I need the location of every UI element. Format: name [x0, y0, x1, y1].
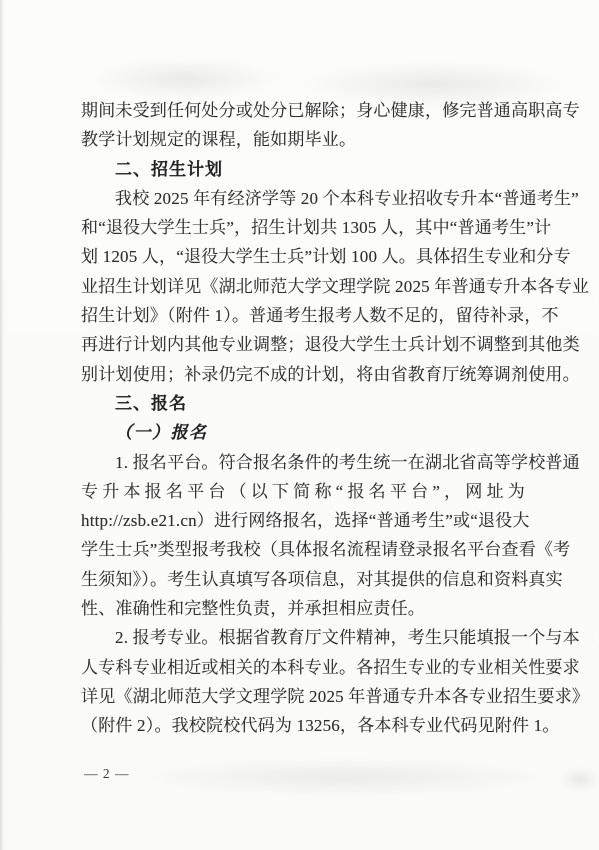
text-line: 详见《湖北师范大学文理学院 2025 年普通专升本各专业招生要求》 [81, 682, 525, 711]
page-number: — 2 — [84, 766, 130, 782]
text-line: 2. 报考专业。根据省教育厅文件精神，考生只能填报一个与本 [81, 623, 525, 652]
text-line: 期间未受到任何处分或处分已解除；身心健康，修完普通高职高专 [81, 96, 525, 125]
scanner-edge-shadow [0, 0, 4, 850]
text-line: 招生计划》（附件 1）。普通考生报考人数不足的，留待补录，不 [81, 301, 525, 330]
scan-artifact [90, 58, 280, 100]
document-page: 期间未受到任何处分或处分已解除；身心健康，修完普通高职高专 教学计划规定的课程，… [0, 0, 599, 850]
text-line: （附件 2）。我校院校代码为 13256，各本科专业代码见附件 1。 [81, 711, 525, 740]
text-line: 业招生计划详见《湖北师范大学文理学院 2025 年普通专升本各专业 [81, 272, 525, 301]
section-heading-2: 二、招生计划 [81, 155, 525, 184]
section-heading-3: 三、报名 [81, 389, 525, 418]
text-line: 再进行计划内其他专业调整；退役大学生士兵计划不调整到其他类 [81, 330, 525, 359]
text-line-justified: 专升本报名平台（以下简称“报名平台”，网址为 [81, 477, 525, 506]
text-line-url: http://zsb.e21.cn）进行网络报名，选择“普通考生”或“退役大 [81, 506, 525, 535]
text-line: 1. 报名平台。符合报名条件的考生统一在湖北省高等学校普通 [81, 448, 525, 477]
scan-artifact [140, 758, 550, 796]
text-line: 别计划使用；补录仍完不成的计划，将由省教育厅统筹调剂使用。 [81, 360, 525, 389]
text-line: 教学计划规定的课程，能如期毕业。 [81, 125, 525, 154]
text-line: 划 1205 人，“退役大学生士兵”计划 100 人。具体招生专业和分专 [81, 242, 525, 271]
text-line: 我校 2025 年有经济学等 20 个本科专业招收专升本“普通考生” [81, 184, 525, 213]
text-line: 性、准确性和完整性负责，并承担相应责任。 [81, 594, 525, 623]
subsection-heading-1: （一）报名 [81, 418, 525, 447]
scan-artifact [560, 766, 599, 792]
text-line: 和“退役大学生士兵”，招生计划共 1305 人，其中“普通考生”计 [81, 213, 525, 242]
text-line: 人专科专业相近或相关的本科专业。各招生专业的专业相关性要求 [81, 653, 525, 682]
text-line: 生须知》）。考生认真填写各项信息，对其提供的信息和资料真实 [81, 565, 525, 594]
text-line: 学生士兵”类型报考我校（具体报名流程请登录报名平台查看《考 [81, 535, 525, 564]
document-body: 期间未受到任何处分或处分已解除；身心健康，修完普通高职高专 教学计划规定的课程，… [81, 96, 525, 741]
